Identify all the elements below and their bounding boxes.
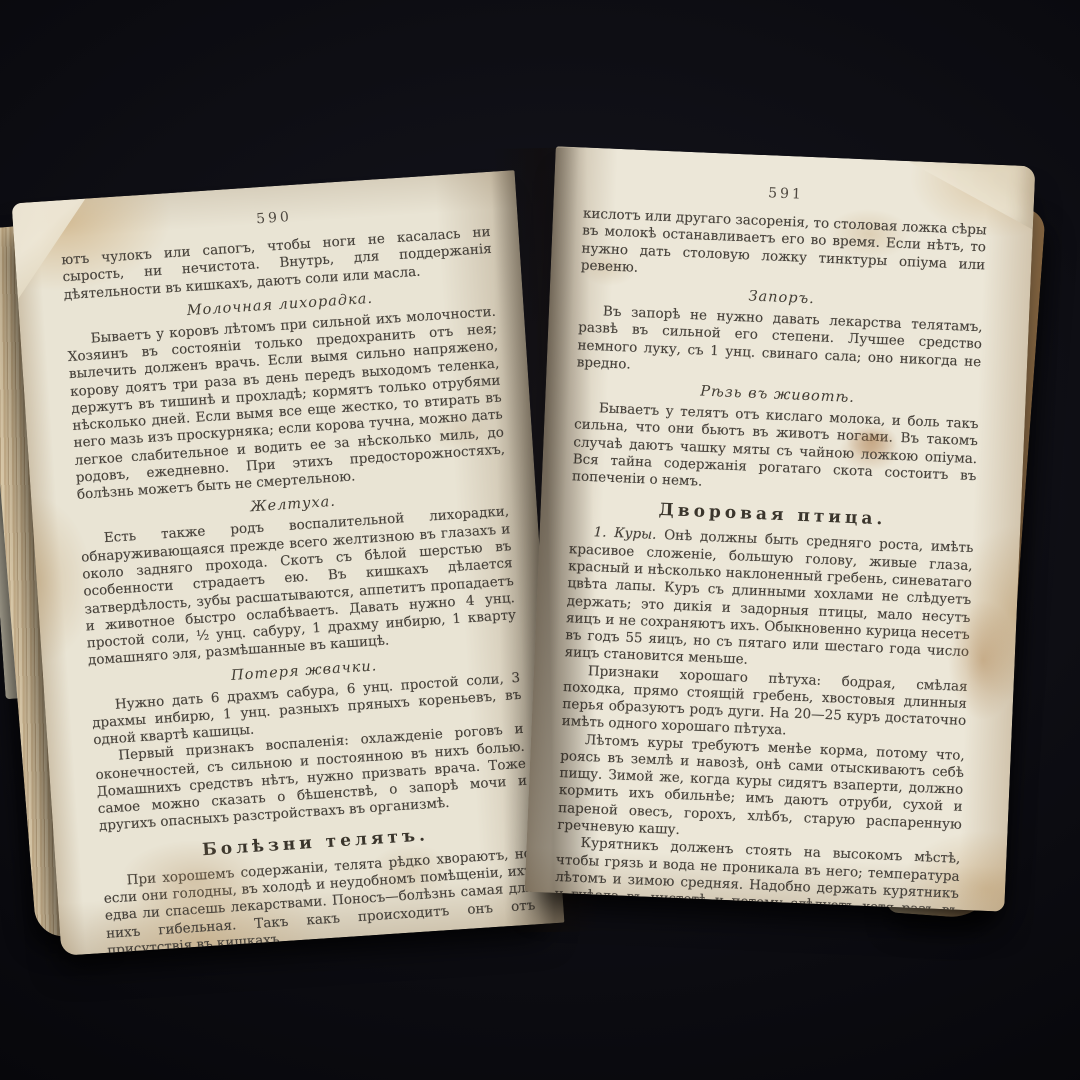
page-paragraph: Есть также родъ воспалительной лихорадки… <box>80 504 518 670</box>
page-paragraph: Бываетъ у телятъ отъ кислаго молока, и б… <box>572 399 979 502</box>
book-photo: 590 ютъ чулокъ или сапогъ, чтобы ноги не… <box>0 0 1080 1080</box>
left-page-text-block: 590 ютъ чулокъ или сапогъ, чтобы ноги не… <box>12 170 565 956</box>
page-paragraph: кислотъ или другаго засоренія, то столов… <box>580 205 987 291</box>
page-paragraph: Въ запорѣ не нужно давать лекарства теля… <box>576 302 983 388</box>
page-paragraph: Лѣтомъ куры требуютъ менѣе корма, потому… <box>557 731 965 851</box>
page-paragraph: 1. Куры. Онѣ должны быть средняго роста,… <box>564 524 973 679</box>
page-paragraph: Бываетъ у коровъ лѣтомъ при сильной ихъ … <box>66 303 506 504</box>
paragraph-text: Онѣ должны быть средняго роста, имѣть кр… <box>564 528 973 668</box>
paragraph-lead: 1. Куры. <box>593 525 656 544</box>
page-number: 591 <box>584 178 988 211</box>
right-page-text-block: 591 кислотъ или другаго засоренія, то ст… <box>525 146 1036 911</box>
left-page: 590 ютъ чулокъ или сапогъ, чтобы ноги не… <box>12 170 565 956</box>
right-page: 591 кислотъ или другаго засоренія, то ст… <box>525 146 1036 911</box>
